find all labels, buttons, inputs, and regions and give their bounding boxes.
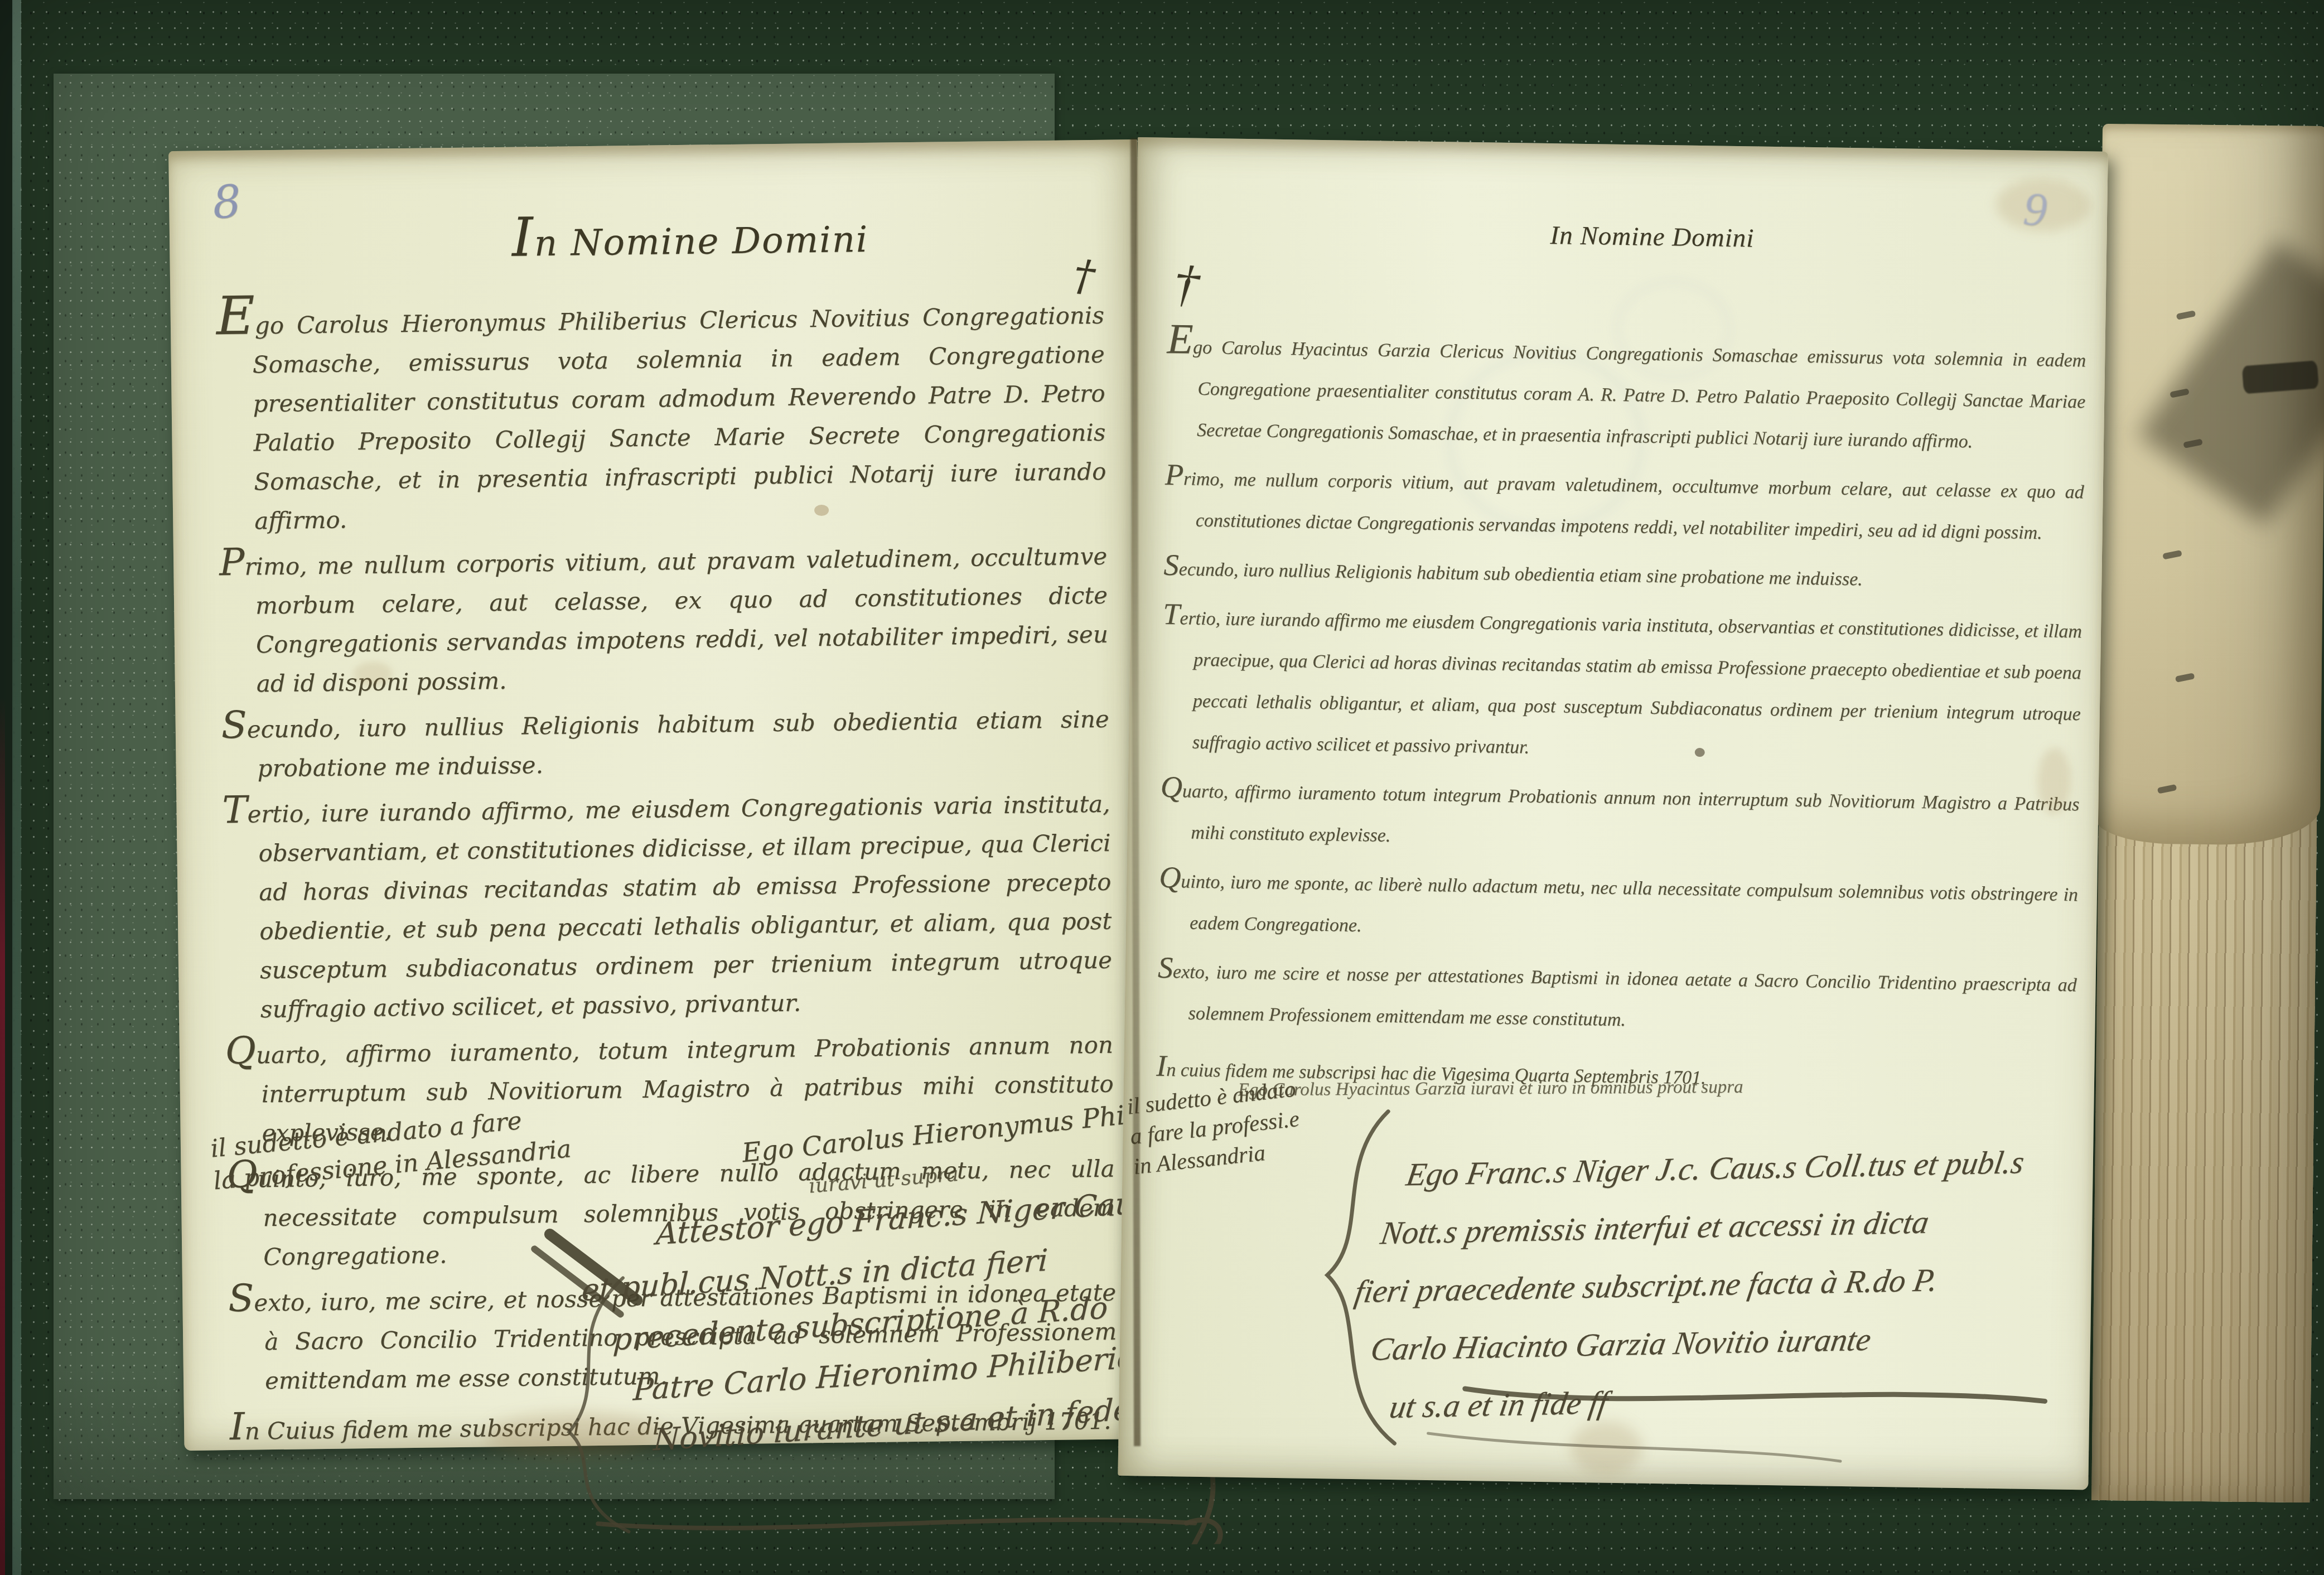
paragraph-primo: Primo, me nullum corporis vitium, aut pr…	[1164, 458, 2084, 554]
paragraph-tertio: Tertio, iure iurando affirmo me eiusdem …	[1161, 598, 2082, 776]
manuscript-page-left: 8 In Nomine Domini † Ego Carolus Hierony…	[168, 139, 1153, 1451]
manuscript-page-right: 9 In Nomine Domini † Ego Carolus Hyacint…	[1118, 137, 2108, 1490]
margin-note-italian: il sudetto è andato a fare la professi.e…	[1125, 1073, 1304, 1181]
paragraph-secundo: Secundo, iuro nullius Religionis habitum…	[1163, 549, 2083, 603]
page-number-right: 9	[2021, 182, 2049, 238]
paragraph-ego: Ego Carolus Hyacintus Garzia Clericus No…	[1166, 322, 2086, 464]
scan-edge-teal	[12, 0, 21, 1575]
cross-icon: †	[1171, 253, 1202, 315]
fore-edge-ink-mark	[2242, 360, 2319, 394]
paragraph-secundo: Secundo, iuro nullius Religionis habitum…	[221, 700, 1110, 789]
paragraph-primo: Primo, me nullum corporis vitium, aut pr…	[219, 537, 1109, 704]
paragraph-sexto: Sexto, iuro me scire et nosse per attest…	[1157, 951, 2077, 1047]
paragraph-quinto: Quinto, iuro me sponte, ac liberè nullo …	[1158, 861, 2079, 957]
page-heading-left: In Nomine Domini	[169, 199, 1138, 273]
paragraph-tertio: Tertio, iure iurando affirmo, me eiusdem…	[222, 785, 1113, 1030]
page-heading-right: In Nomine Domini	[1550, 220, 1755, 253]
manuscript-photo: 8 In Nomine Domini † Ego Carolus Hierony…	[0, 0, 2324, 1575]
page-number-left: 8	[211, 175, 243, 229]
paragraph-ego: Ego Carolus Hieronymus Philiberius Cleri…	[216, 285, 1107, 541]
oath-text-right: Ego Carolus Hyacintus Garzia Clericus No…	[1156, 322, 2086, 1112]
scan-edge-red	[0, 697, 5, 1575]
notary-attestation-right: Ego Franc.s Niger J.c. Caus.s Coll.tus e…	[1332, 1131, 2147, 1437]
paragraph-quarto: Quarto, affirmo iuramento totum integrum…	[1159, 771, 2080, 867]
